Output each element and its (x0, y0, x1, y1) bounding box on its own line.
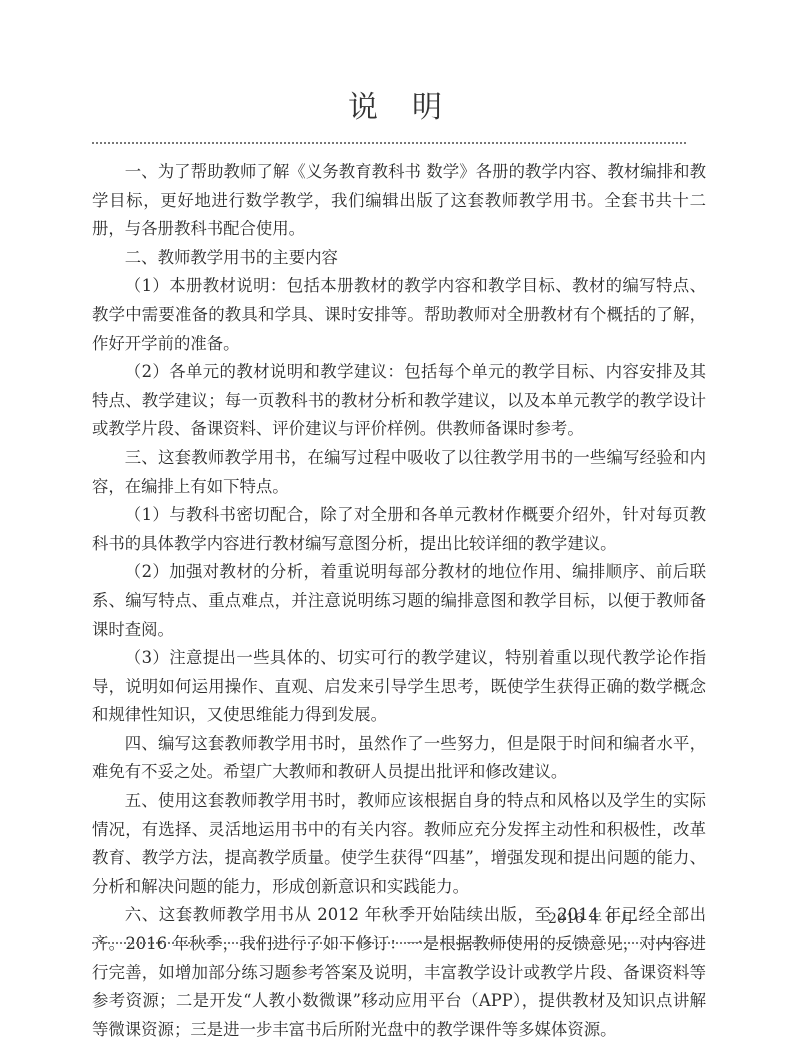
paragraph-3: 三、这套教师教学用书，在编写过程中吸收了以往教学用书的一些编写经验和内容，在编排… (92, 444, 706, 501)
paragraph-2-item-2: （2）各单元的教材说明和教学建议：包括每个单元的教学目标、内容安排及其特点、教学… (92, 358, 706, 444)
paragraph-3-item-3: （3）注意提出一些具体的、切实可行的教学建议，特别着重以现代教学论作指导，说明如… (92, 644, 706, 730)
dotted-divider-top (92, 142, 686, 144)
page-title: 说明 (0, 82, 790, 126)
paragraph-4: 四、编写这套教师教学用书时，虽然作了一些努力，但是限于时间和编者水平，难免有不妥… (92, 730, 706, 787)
signature-date: 2016 年 6 月 (548, 908, 634, 928)
paragraph-5: 五、使用这套教师教学用书时，教师应该根据自身的特点和风格以及学生的实际情况，有选… (92, 787, 706, 901)
paragraph-2-heading: 二、教师教学用书的主要内容 (92, 244, 706, 273)
paragraph-2-item-1: （1）本册教材说明：包括本册教材的教学内容和教学目标、教材的编写特点、教学中需要… (92, 272, 706, 358)
paragraph-1: 一、为了帮助教师了解《义务教育教科书 数学》各册的教学内容、教材编排和教学目标，… (92, 158, 706, 244)
paragraph-3-item-2: （2）加强对教材的分析，着重说明每部分教材的地位作用、编排顺序、前后联系、编写特… (92, 558, 706, 644)
paragraph-3-item-1: （1）与教科书密切配合，除了对全册和各单元教材作概要介绍外，针对每页教科书的具体… (92, 501, 706, 558)
document-page: 说明 一、为了帮助教师了解《义务教育教科书 数学》各册的教学内容、教材编排和教学… (0, 0, 790, 1044)
dotted-divider-bottom (92, 942, 698, 944)
